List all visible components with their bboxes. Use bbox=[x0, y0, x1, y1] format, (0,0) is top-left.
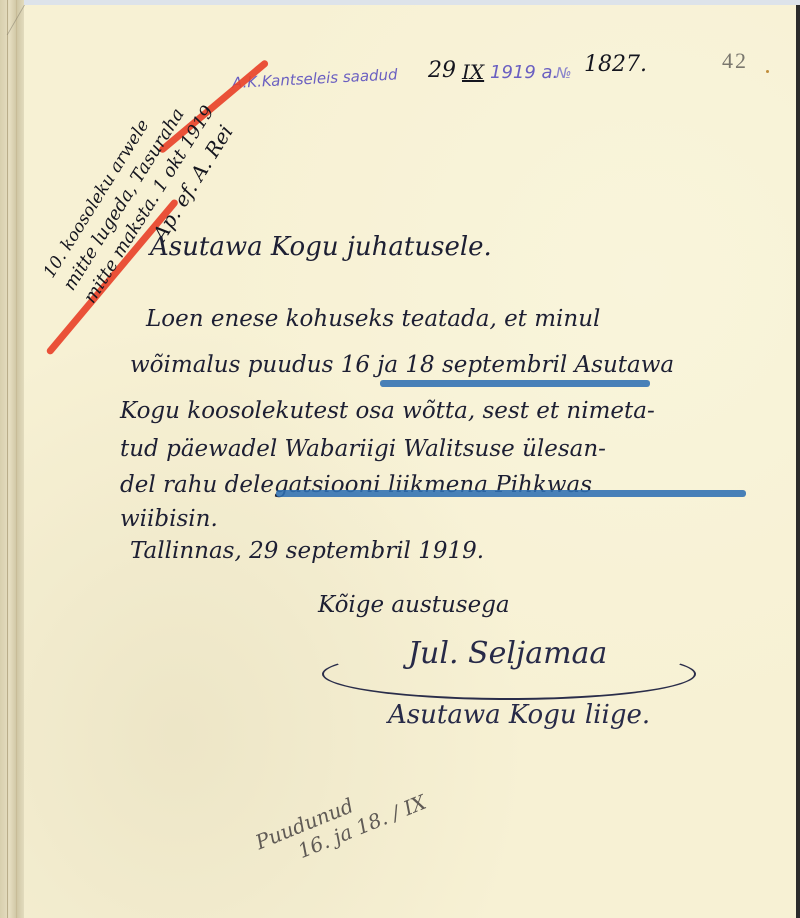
body-line: wiibisin. bbox=[120, 506, 218, 532]
binding-edge bbox=[0, 0, 24, 918]
page-right-shadow bbox=[796, 5, 800, 918]
stamp-day: 29 bbox=[428, 58, 456, 83]
letter-closing: Kõige austusega bbox=[318, 592, 510, 618]
stamp-number: 1827. bbox=[584, 52, 647, 77]
page-number: 42 bbox=[722, 48, 748, 74]
stamp-number-label: № bbox=[556, 64, 572, 82]
stamp-year: 1919 a. bbox=[490, 62, 558, 83]
binding-rule bbox=[7, 0, 8, 918]
letter-addressee: Asutawa Kogu juhatusele. bbox=[150, 232, 492, 262]
signature: Jul. Seljamaa bbox=[408, 636, 607, 671]
blue-pencil-underline bbox=[276, 490, 746, 497]
ink-speck bbox=[766, 70, 769, 73]
body-line: wõimalus puudus 16 ja 18 septembril Asut… bbox=[130, 352, 674, 378]
stamp-month: IX bbox=[462, 60, 484, 84]
body-line: tud päewadel Wabariigi Walitsuse ülesan- bbox=[120, 436, 606, 462]
body-line: Loen enese kohuseks teatada, et minul bbox=[146, 306, 600, 332]
signer-title: Asutawa Kogu liige. bbox=[388, 700, 650, 730]
blue-pencil-underline bbox=[380, 380, 650, 387]
binding-rule bbox=[16, 0, 17, 918]
place-and-date: Tallinnas, 29 septembril 1919. bbox=[130, 538, 484, 564]
body-line: Kogu koosolekutest osa wõtta, sest et ni… bbox=[120, 398, 655, 424]
